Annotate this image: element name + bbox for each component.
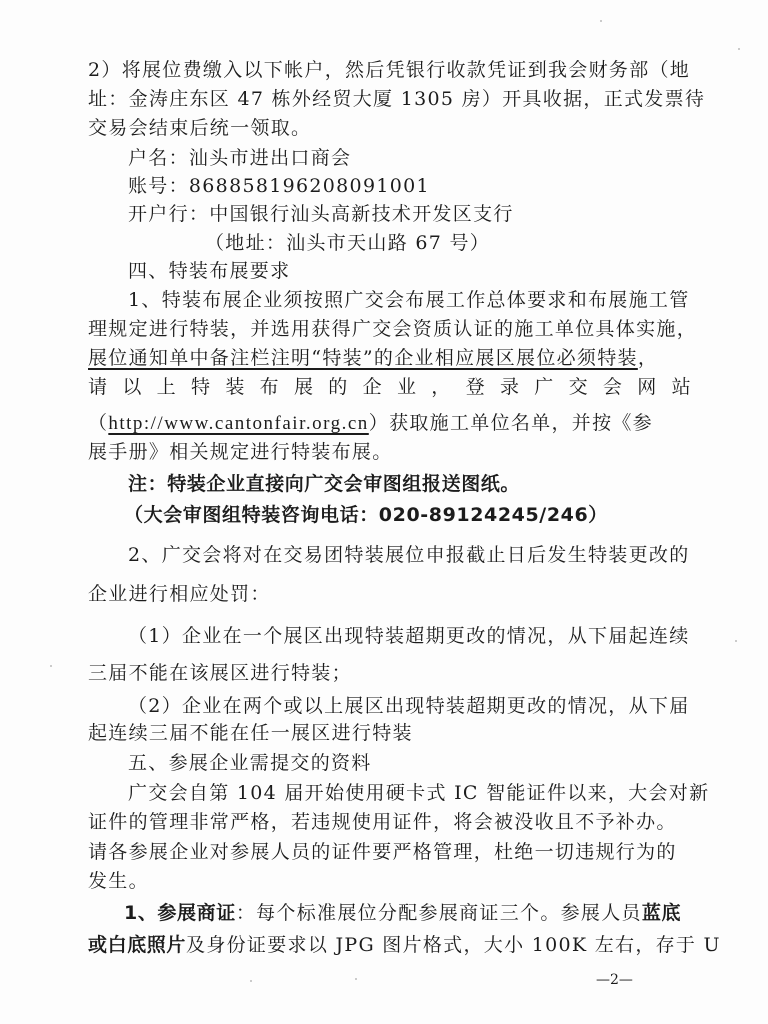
word: 装	[225, 375, 245, 399]
word: 网	[637, 375, 657, 399]
paragraph-line: 1、参展商证：每个标准展位分配参展商证三个。参展人员蓝底	[124, 901, 681, 925]
scan-speck	[735, 640, 737, 642]
paragraph-line: 展手册》相关规定进行特装布展。	[88, 440, 692, 464]
section-heading-5: 五、参展企业需提交的资料	[128, 751, 372, 775]
paragraph-line: 理规定进行特装，并选用获得广交会资质认证的施工单位具体实施，	[88, 317, 692, 341]
word: 以	[122, 375, 142, 399]
list-item: （2）企业在两个或以上展区出现特装超期更改的情况，从下届	[128, 694, 690, 718]
paragraph-line: 展位通知单中备注栏注明“特装”的企业相应展区展位必须特装，	[88, 346, 692, 370]
cantonfair-url-link[interactable]: http://www.cantonfair.org.cn	[108, 413, 368, 434]
word: 交	[569, 375, 589, 399]
note-bold: 注：特装企业直接向广交会审图组报送图纸。	[128, 472, 520, 496]
word: 业	[397, 375, 417, 399]
scan-speck	[600, 20, 602, 22]
text: 及身份证要求以 JPG 图片格式，大小 100K 左右，存于 U	[186, 934, 721, 956]
paragraph-line: 企业进行相应处罚：	[88, 582, 692, 606]
list-item-continued: 三届不能在该展区进行特装；	[88, 661, 692, 685]
word: 上	[157, 375, 177, 399]
word: 站	[672, 375, 692, 399]
paragraph-line: 发生。	[88, 869, 692, 893]
paragraph-line: （http://www.cantonfair.org.cn）获取施工单位名单，并…	[88, 411, 692, 436]
word: 请	[88, 375, 108, 399]
list-item: （1）企业在一个展区出现特装超期更改的情况，从下届起连续	[128, 624, 690, 648]
paragraph-line: 2、广交会将对在交易团特装展位申报截止日后发生特装更改的	[128, 543, 690, 567]
word: 特	[191, 375, 211, 399]
word: 企	[363, 375, 383, 399]
bold-text: 蓝底	[642, 902, 681, 924]
item-heading-bold: 1、参展商证	[124, 902, 236, 924]
word: 会	[603, 375, 623, 399]
paragraph-line: 广交会自第 104 届开始使用硬卡式 IC 智能证件以来，大会对新	[128, 781, 709, 805]
bank-address: （地址：汕头市天山路 67 号）	[205, 231, 490, 255]
scan-speck	[250, 980, 252, 982]
paragraph-line: 址：金涛庄东区 47 栋外经贸大厦 1305 房）开具收据，正式发票待	[88, 87, 692, 111]
paragraph-line: 1、特装布展企业须按照广交会布展工作总体要求和布展施工管	[128, 288, 690, 312]
paragraph-line: 2）将展位费缴入以下帐户，然后凭银行收款凭证到我会财务部（地	[88, 58, 692, 82]
word: 的	[328, 375, 348, 399]
page-number: —2—	[596, 972, 633, 988]
word: 登	[466, 375, 486, 399]
justified-line: 请 以 上 特 装 布 展 的 企 业 ， 登 录 广 交 会 网 站	[88, 375, 692, 399]
paragraph-line: 交易会结束后统一领取。	[88, 116, 692, 140]
word: 录	[500, 375, 520, 399]
scan-speck	[355, 978, 357, 980]
account-number: 账号：868858196208091001	[128, 174, 430, 198]
text: ：每个标准展位分配参展商证三个。参展人员	[236, 902, 642, 924]
hotline-bold: （大会审图组特装咨询电话：020-89124245/246）	[124, 503, 608, 527]
scan-speck	[50, 665, 52, 667]
underlined-requirement: 展位通知单中备注栏注明“特装”的企业相应展区展位必须特装	[88, 347, 638, 369]
punctuation: ，	[638, 347, 658, 369]
paragraph-line: 请各参展企业对参展人员的证件要严格管理，杜绝一切违规行为的	[88, 840, 692, 864]
paragraph-line: 或白底照片及身份证要求以 JPG 图片格式，大小 100K 左右，存于 U	[88, 933, 692, 957]
word: 展	[294, 375, 314, 399]
scan-speck	[738, 48, 740, 50]
word: 广	[534, 375, 554, 399]
word: 布	[260, 375, 280, 399]
bank-name: 开户行：中国银行汕头高新技术开发区支行	[128, 202, 514, 226]
punctuation: （	[88, 412, 108, 434]
text: ）获取施工单位名单，并按《参	[369, 412, 653, 434]
account-name: 户名：汕头市进出口商会	[128, 146, 351, 170]
paragraph-line: 证件的管理非常严格，若违规使用证件，将会被没收且不予补办。	[88, 810, 692, 834]
list-item-continued: 起连续三届不能在任一展区进行特装	[88, 721, 692, 745]
document-page: 2）将展位费缴入以下帐户，然后凭银行收款凭证到我会财务部（地 址：金涛庄东区 4…	[0, 0, 768, 1024]
section-heading-4: 四、特装布展要求	[128, 259, 290, 283]
word: ，	[431, 375, 451, 399]
bold-text: 或白底照片	[88, 934, 186, 956]
